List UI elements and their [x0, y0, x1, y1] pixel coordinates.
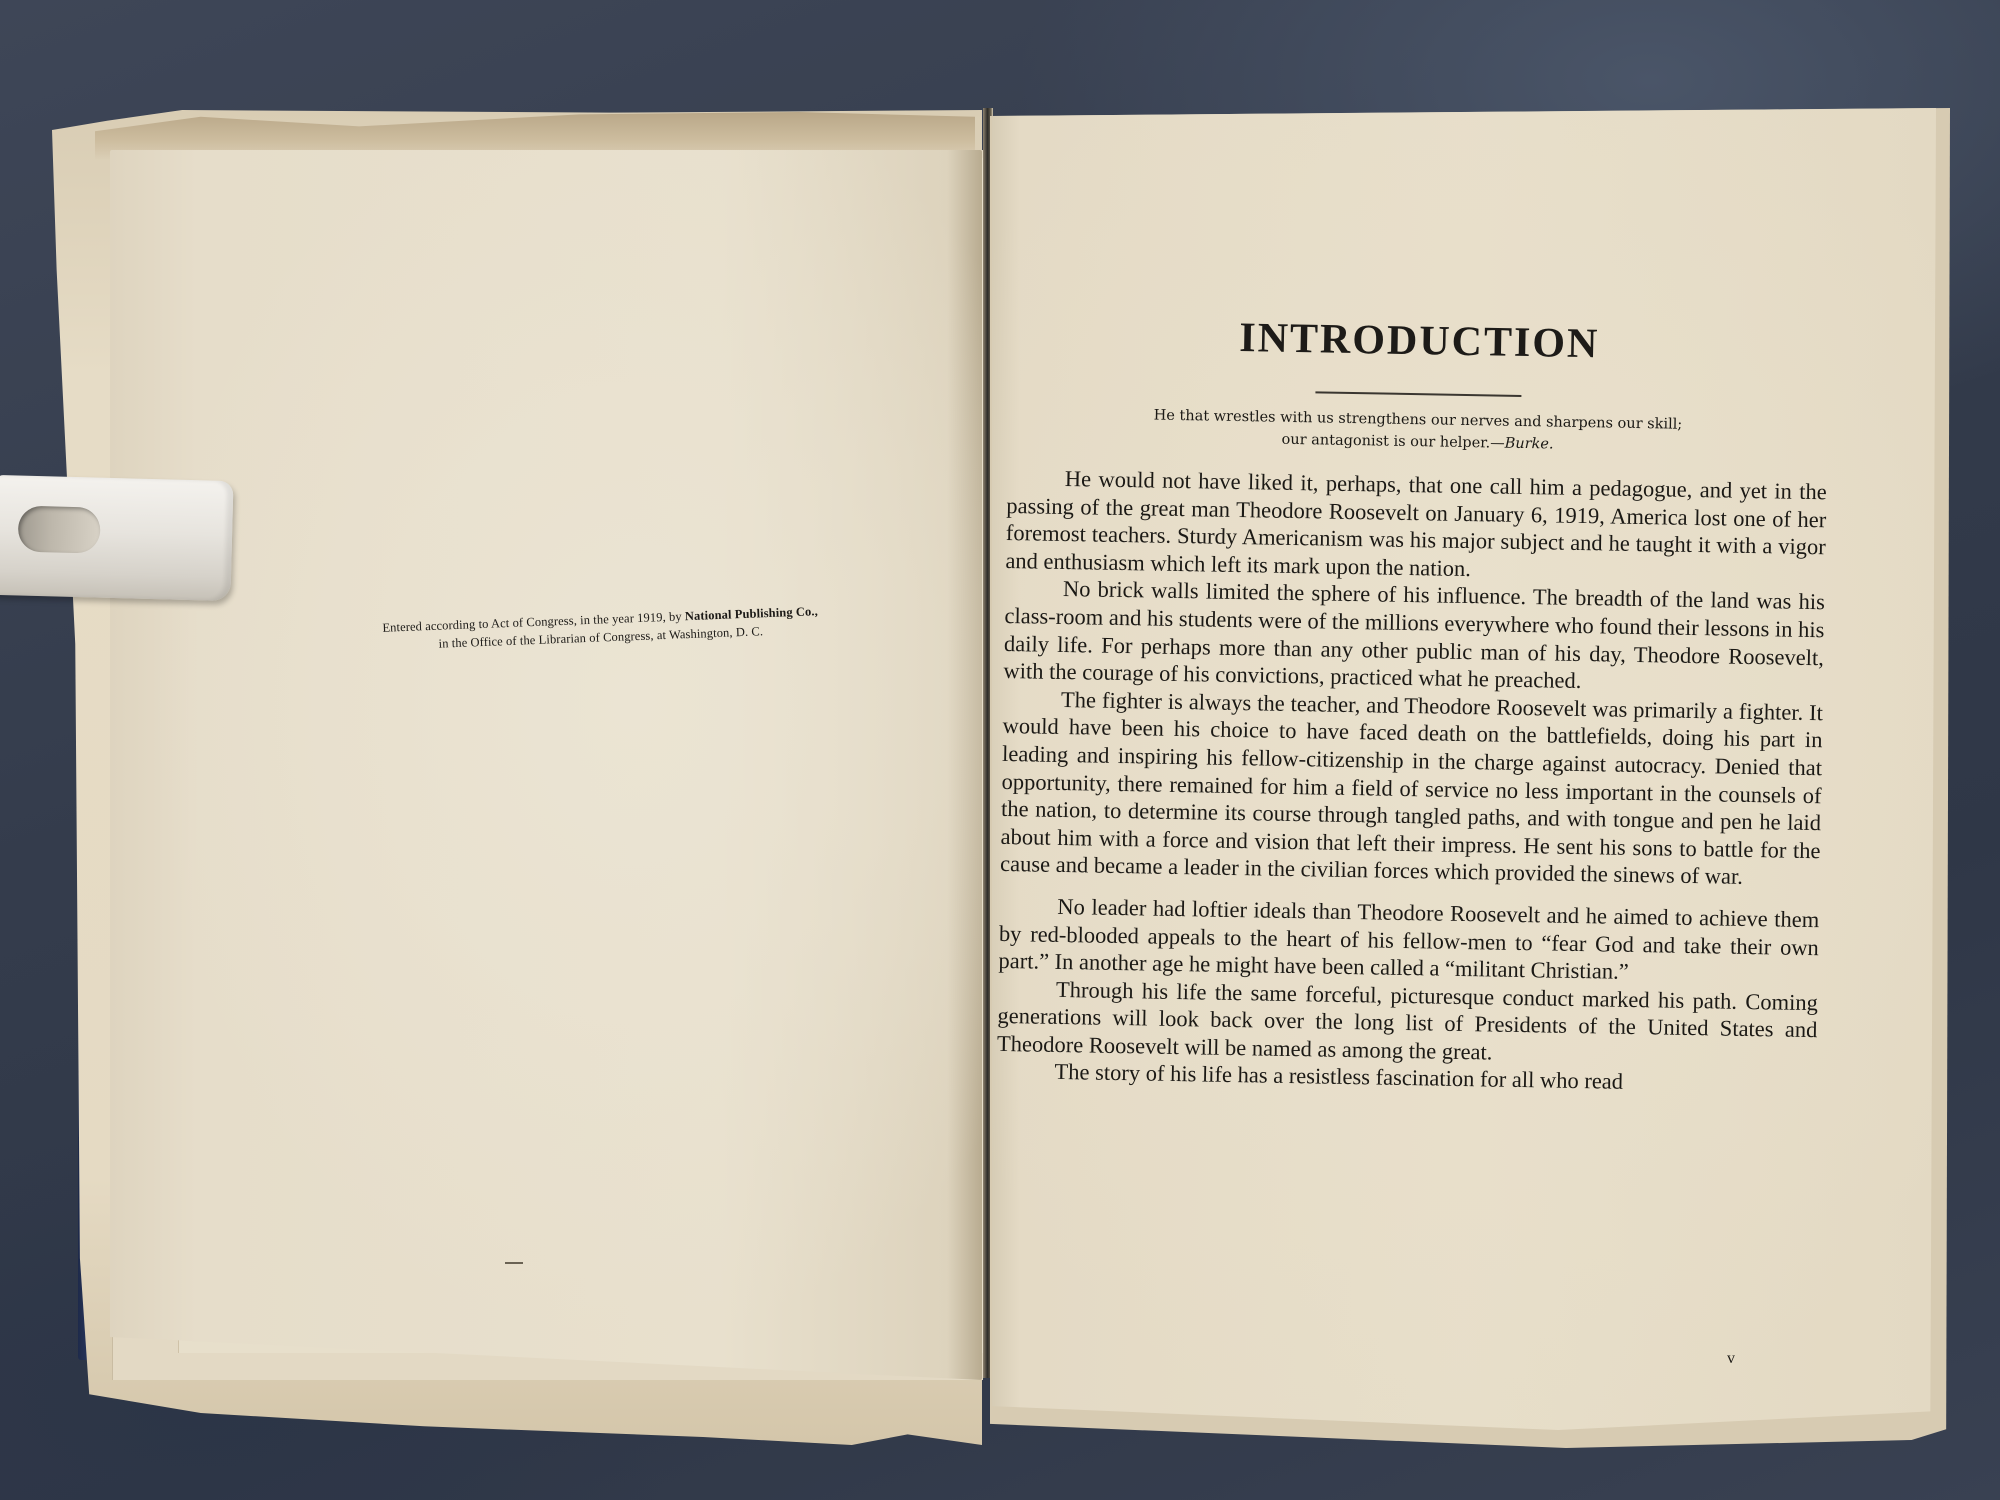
paragraph: Through his life the same forceful, pict… — [997, 975, 1818, 1072]
body-text: He would not have liked it, perhaps, tha… — [996, 464, 1827, 1099]
epigraph: He that wrestles with us strengthens our… — [1007, 402, 1828, 460]
paragraph: No leader had loftier ideals than Theodo… — [998, 892, 1819, 989]
paragraph: No brick walls limited the sphere of his… — [1003, 574, 1825, 699]
introduction-section: INTRODUCTION He that wrestles with us st… — [996, 300, 1830, 1099]
ink-speck — [505, 1262, 523, 1264]
title-divider — [1315, 391, 1521, 397]
publisher-name: National Publishing Co., — [685, 604, 818, 623]
paragraph: He would not have liked it, perhaps, tha… — [1005, 464, 1827, 589]
paragraph: The fighter is always the teacher, and T… — [1000, 685, 1823, 892]
binder-clip[interactable] — [0, 475, 234, 601]
clip-grip-hole — [18, 506, 101, 554]
chapter-title: INTRODUCTION — [1009, 310, 1830, 372]
epigraph-author: Burke. — [1505, 436, 1554, 453]
page-number: v — [1727, 1350, 1735, 1368]
left-page[interactable] — [110, 150, 982, 1380]
